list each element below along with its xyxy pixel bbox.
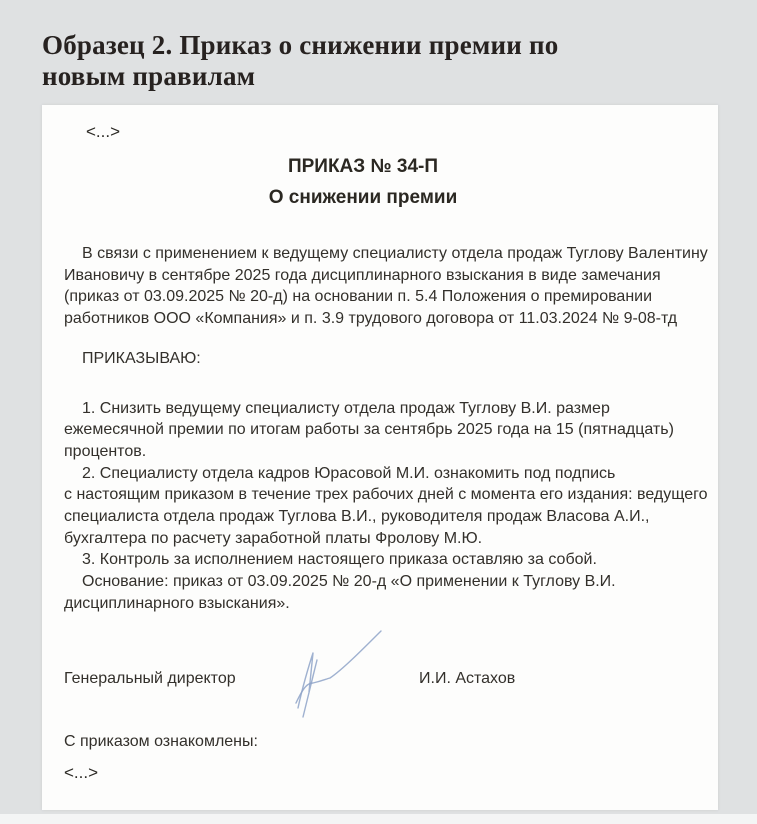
order-item-line: 3. Контроль за исполнением настоящего пр… [64,549,662,571]
page-title: Образец 2. Приказ о снижении премии по н… [42,30,682,92]
signature-row: Генеральный директор И.И. Астахов [64,668,662,690]
resolution-word: ПРИКАЗЫВАЮ: [64,348,662,370]
order-item-line: специалиста отдела продаж Туглова В.И., … [64,506,662,528]
order-title: ПРИКАЗ № 34-П [64,155,662,179]
page-title-line-2: новым правилам [42,61,682,92]
omitted-text-placeholder-top: <...> [64,121,662,143]
preamble-line: Ивановичу в сентябре 2025 года дисциплин… [64,265,662,287]
preamble-line: В связи с применением к ведущему специал… [64,243,662,265]
preamble-line: (приказ от 03.09.2025 № 20-д) на основан… [64,286,662,308]
order-subject: О снижении премии [64,186,662,210]
order-item-line: бухгалтера по расчету заработной платы Ф… [64,528,662,550]
order-preamble: В связи с применением к ведущему специал… [64,243,662,330]
order-item-line: 1. Снизить ведущему специалисту отдела п… [64,398,662,420]
basis-line: дисциплинарного взыскания». [64,593,662,615]
order-item-3: 3. Контроль за исполнением настоящего пр… [64,549,662,571]
basis-line: Основание: приказ от 03.09.2025 № 20-д «… [64,571,662,593]
order-basis: Основание: приказ от 03.09.2025 № 20-д «… [64,571,662,614]
order-item-line: процентов. [64,441,662,463]
page-title-line-1: Образец 2. Приказ о снижении премии по [42,30,682,61]
order-document-card: <...> ПРИКАЗ № 34-П О снижении премии В … [42,105,718,810]
order-item-line: 2. Специалисту отдела кадров Юрасовой М.… [64,463,662,485]
order-item-2: 2. Специалисту отдела кадров Юрасовой М.… [64,463,662,550]
order-item-line: с настоящим приказом в течение трех рабо… [64,484,662,506]
page: Образец 2. Приказ о снижении премии по н… [0,0,757,824]
order-item-1: 1. Снизить ведущему специалисту отдела п… [64,398,662,463]
acknowledgement-label: С приказом ознакомлены: [64,731,662,753]
signer-position: Генеральный директор [64,670,236,687]
preamble-line: работников ООО «Компания» и п. 3.9 трудо… [64,308,662,330]
resolution-line: ПРИКАЗЫВАЮ: [64,348,662,370]
signer-name: И.И. Астахов [419,668,515,690]
acknowledgement-line: С приказом ознакомлены: [64,731,662,753]
omitted-text-placeholder-bottom: <...> [64,762,662,784]
bottom-fade-strip [0,814,757,824]
order-item-line: ежемесячной премии по итогам работы за с… [64,419,662,441]
